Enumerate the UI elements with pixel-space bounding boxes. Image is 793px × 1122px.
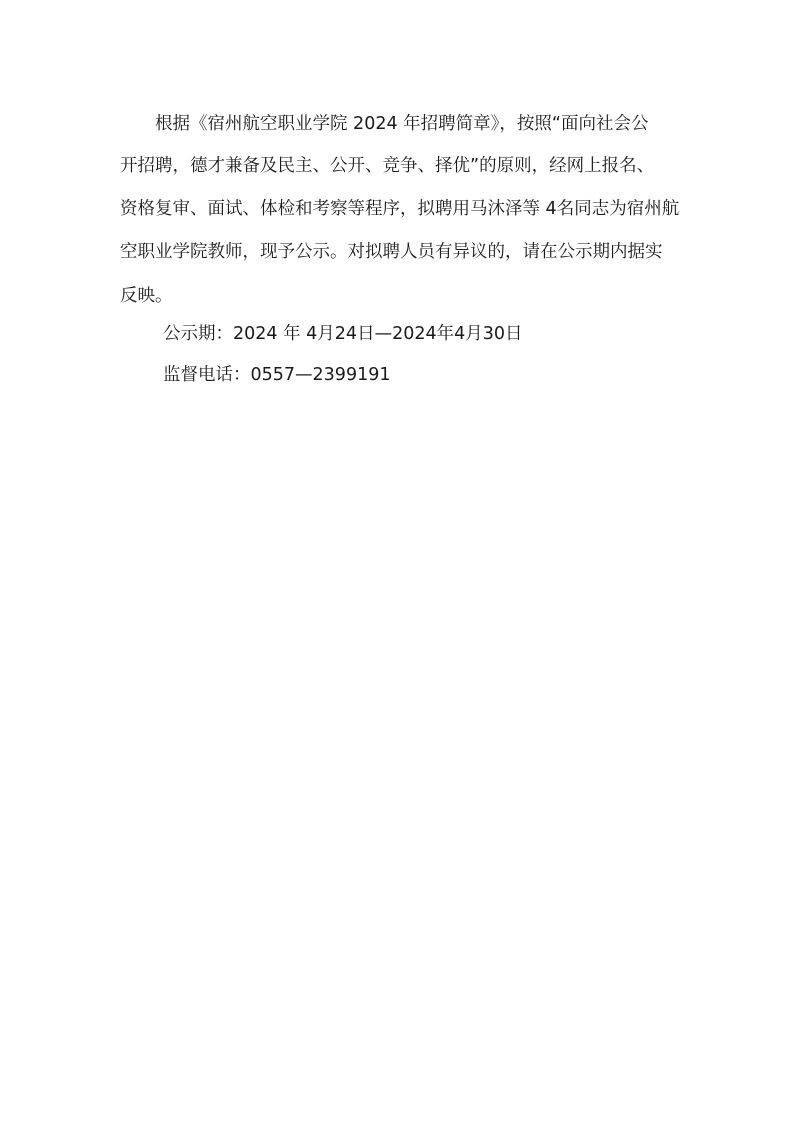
body-paragraph-line-4: 空职业学院教师，现予公示。对拟聘人员有异议的，请在公示期内据实 — [120, 240, 663, 264]
supervision-phone: 监督电话：0557—2399191 — [163, 363, 390, 387]
document-page: 根据《宿州航空职业学院 2024 年招聘简章》，按照“面向社会公 开招聘，德才兼… — [0, 0, 793, 1122]
body-paragraph-line-5: 反映。 — [120, 284, 173, 308]
body-paragraph-line-3: 资格复审、面试、体检和考察等程序，拟聘用马沐泽等 4名同志为宿州航 — [120, 197, 679, 221]
publicity-period: 公示期：2024 年 4月24日—2024年4月30日 — [163, 322, 523, 346]
body-paragraph-line-1: 根据《宿州航空职业学院 2024 年招聘简章》，按照“面向社会公 — [155, 112, 648, 136]
body-paragraph-line-2: 开招聘，德才兼备及民主、公开、竞争、择优”的原则，经网上报名、 — [120, 154, 654, 178]
